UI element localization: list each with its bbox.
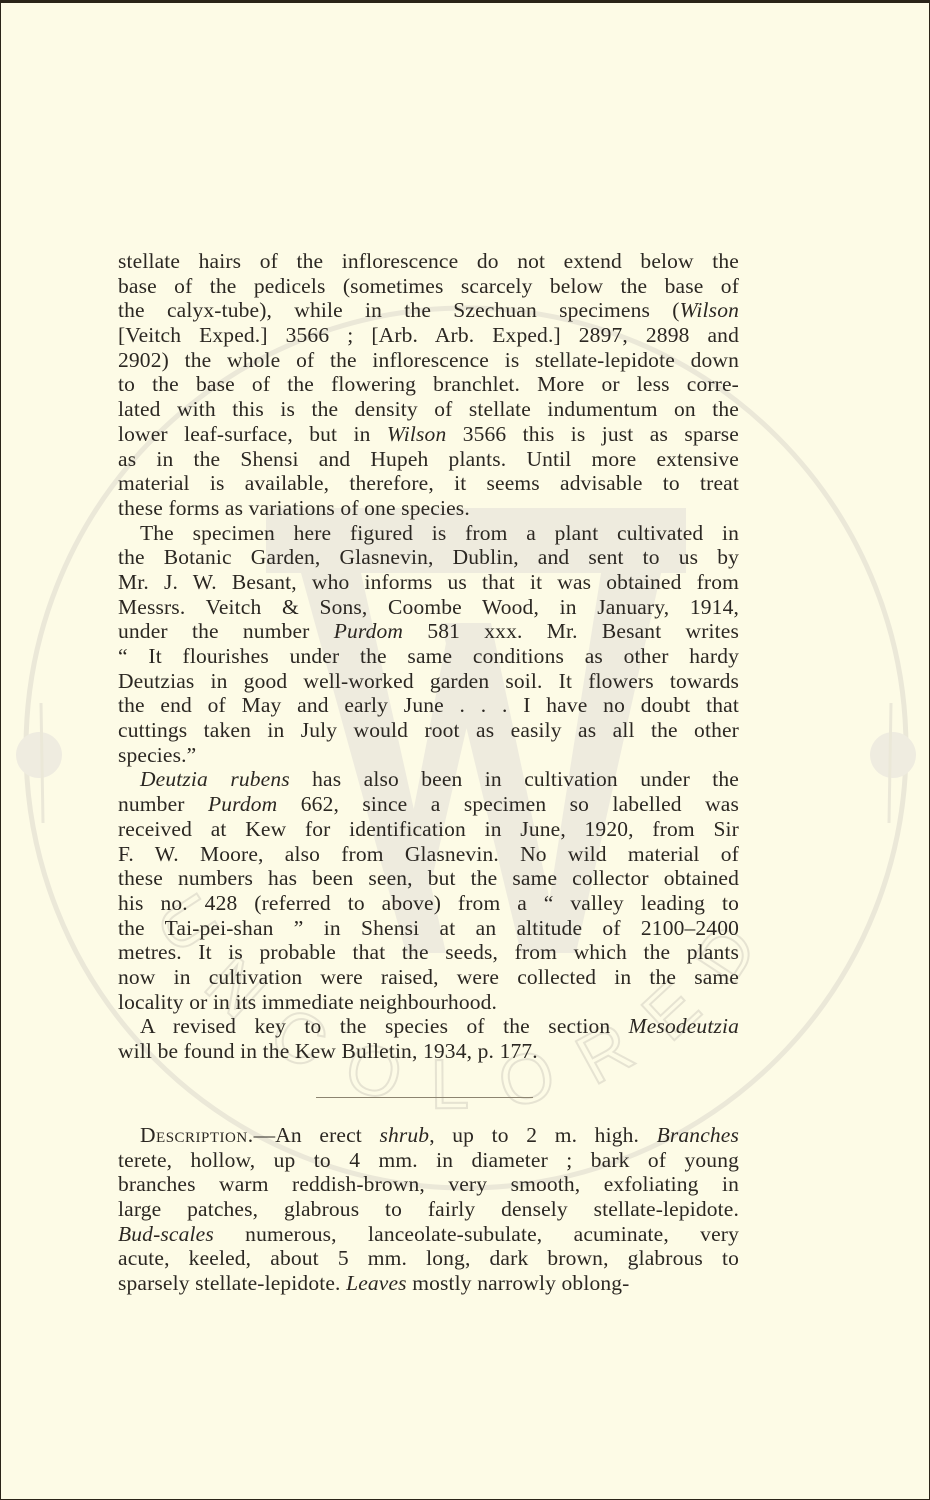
text-line: Messrs. Veitch & Sons, Coombe Wood, in J… [118, 595, 739, 620]
text-span: the end of May and early June . . . I ha… [118, 693, 739, 717]
text-line: under the number Purdom 581 xxx. Mr. Bes… [118, 619, 739, 644]
text-line: branches warm reddish-brown, very smooth… [118, 1172, 739, 1197]
text-span: 3566 this is just as sparse [446, 422, 739, 446]
text-line: lated with this is the density of stella… [118, 397, 739, 422]
text-span: —An erect [254, 1123, 380, 1147]
text-line: the Tai-pei-shan ” in Shensi at an altit… [118, 916, 739, 941]
text-line: acute, keeled, about 5 mm. long, dark br… [118, 1246, 739, 1271]
text-span: F. W. Moore, also from Glasnevin. No wil… [118, 842, 739, 866]
text-span: numerous, lanceolate-subulate, acuminate… [214, 1222, 739, 1246]
text-line: “ It flourishes under the same condition… [118, 644, 739, 669]
text-span: A revised key to the species of the sect… [140, 1014, 629, 1038]
text-line: 2902) the whole of the inflorescence is … [118, 348, 739, 373]
text-line: now in cultivation were raised, were col… [118, 965, 739, 990]
text-line: sparsely stellate-lepidote. Leaves mostl… [118, 1271, 739, 1296]
text-span: number [118, 792, 208, 816]
text-span: as in the Shensi and Hupeh plants. Until… [118, 447, 739, 471]
text-span: material is available, therefore, it see… [118, 471, 739, 495]
text-line: [Veitch Exped.] 3566 ; [Arb. Arb. Exped.… [118, 323, 739, 348]
italic-text: Deutzia rubens [140, 767, 290, 791]
paragraph: Deutzia rubens has also been in cultivat… [118, 767, 739, 1014]
italic-text: Purdom [334, 619, 403, 643]
text-line: as in the Shensi and Hupeh plants. Until… [118, 447, 739, 472]
text-span: metres. It is probable that the seeds, f… [118, 940, 739, 964]
text-line: to the base of the flowering branchlet. … [118, 372, 739, 397]
text-span: these forms as variations of one species… [118, 496, 470, 520]
italic-text: shrub [379, 1123, 429, 1147]
text-line: A revised key to the species of the sect… [118, 1014, 739, 1039]
text-span: acute, keeled, about 5 mm. long, dark br… [118, 1246, 739, 1270]
text-line: F. W. Moore, also from Glasnevin. No wil… [118, 842, 739, 867]
text-span: Messrs. Veitch & Sons, Coombe Wood, in J… [118, 595, 739, 619]
italic-text: Purdom [208, 792, 277, 816]
description-section: Description.—An erect shrub, up to 2 m. … [118, 1123, 739, 1296]
italic-text: Mesodeutzia [629, 1014, 739, 1038]
text-span: the Tai-pei-shan ” in Shensi at an altit… [118, 916, 739, 940]
text-span: under the number [118, 619, 334, 643]
text-line: received at Kew for identification in Ju… [118, 817, 739, 842]
text-span: , up to 2 m. high. [429, 1123, 656, 1147]
text-span: [Veitch Exped.] 3566 ; [Arb. Arb. Exped.… [118, 323, 739, 347]
text-line: number Purdom 662, since a specimen so l… [118, 792, 739, 817]
text-line: material is available, therefore, it see… [118, 471, 739, 496]
text-span: lated with this is the density of stella… [118, 397, 739, 421]
text-span: “ It flourishes under the same condition… [118, 644, 739, 668]
text-span: 662, since a specimen so labelled was [277, 792, 739, 816]
text-line: Mr. J. W. Besant, who informs us that it… [118, 570, 739, 595]
text-line: Deutzias in good well-worked garden soil… [118, 669, 739, 694]
text-line: metres. It is probable that the seeds, f… [118, 940, 739, 965]
text-line: cuttings taken in July would root as eas… [118, 718, 739, 743]
text-span: will be found in the Kew Bulletin, 1934,… [118, 1039, 538, 1063]
text-span: sparsely stellate-lepidote. [118, 1271, 346, 1295]
text-span: stellate hairs of the inflorescence do n… [118, 249, 739, 273]
text-line: terete, hollow, up to 4 mm. in diameter … [118, 1148, 739, 1173]
text-span: branches warm reddish-brown, very smooth… [118, 1172, 739, 1196]
text-span: has also been in cultivation under the [290, 767, 739, 791]
section-divider [316, 1097, 533, 1098]
text-line: base of the pedicels (sometimes scarcely… [118, 274, 739, 299]
text-line: these forms as variations of one species… [118, 496, 739, 521]
text-line: Deutzia rubens has also been in cultivat… [118, 767, 739, 792]
text-span: now in cultivation were raised, were col… [118, 965, 739, 989]
text-span: large patches, glabrous to fairly densel… [118, 1197, 739, 1221]
text-line: the Botanic Garden, Glasnevin, Dublin, a… [118, 545, 739, 570]
text-line: locality or in its immediate neighbourho… [118, 990, 739, 1015]
paragraph: stellate hairs of the inflorescence do n… [118, 249, 739, 521]
italic-text: Branches [657, 1123, 739, 1147]
text-span: these numbers has been seen, but the sam… [118, 866, 739, 890]
text-line: his no. 428 (referred to above) from a “… [118, 891, 739, 916]
text-span: Deutzias in good well-worked garden soil… [118, 669, 739, 693]
italic-text: Bud-scales [118, 1222, 214, 1246]
text-span: his no. 428 (referred to above) from a “… [118, 891, 739, 915]
text-line: will be found in the Kew Bulletin, 1934,… [118, 1039, 739, 1064]
italic-text: Wilson [680, 298, 739, 322]
body-text: stellate hairs of the inflorescence do n… [118, 249, 739, 1064]
text-span: lower leaf-surface, but in [118, 422, 387, 446]
text-span: cuttings taken in July would root as eas… [118, 718, 739, 742]
italic-text: Leaves [346, 1271, 407, 1295]
text-line: lower leaf-surface, but in Wilson 3566 t… [118, 422, 739, 447]
paragraph: A revised key to the species of the sect… [118, 1014, 739, 1063]
paragraph: The specimen here figured is from a plan… [118, 521, 739, 768]
text-line: The specimen here figured is from a plan… [118, 521, 739, 546]
text-span: 581 xxx. Mr. Besant writes [403, 619, 739, 643]
text-span: 2902) the whole of the inflorescence is … [118, 348, 739, 372]
text-line: Bud-scales numerous, lanceolate-subulate… [118, 1222, 739, 1247]
text-span: base of the pedicels (sometimes scarcely… [118, 274, 739, 298]
text-line: stellate hairs of the inflorescence do n… [118, 249, 739, 274]
text-line: Description.—An erect shrub, up to 2 m. … [118, 1123, 739, 1148]
document-page: UNCOLORED stellate hairs of the inflores… [1, 3, 929, 1499]
text-span: to the base of the flowering branchlet. … [118, 372, 739, 396]
italic-text: Wilson [387, 422, 446, 446]
text-span: the Botanic Garden, Glasnevin, Dublin, a… [118, 545, 739, 569]
text-line: large patches, glabrous to fairly densel… [118, 1197, 739, 1222]
text-span: the calyx-tube), while in the Szechuan s… [118, 298, 680, 322]
small-caps-text: Description. [140, 1123, 254, 1147]
text-span: The specimen here figured is from a plan… [140, 521, 739, 545]
text-line: the end of May and early June . . . I ha… [118, 693, 739, 718]
text-span: locality or in its immediate neighbourho… [118, 990, 497, 1014]
text-span: terete, hollow, up to 4 mm. in diameter … [118, 1148, 739, 1172]
text-line: the calyx-tube), while in the Szechuan s… [118, 298, 739, 323]
text-span: received at Kew for identification in Ju… [118, 817, 739, 841]
text-span: Mr. J. W. Besant, who informs us that it… [118, 570, 739, 594]
text-span: species.” [118, 743, 196, 767]
text-span: mostly narrowly oblong- [407, 1271, 630, 1295]
text-line: species.” [118, 743, 739, 768]
text-line: these numbers has been seen, but the sam… [118, 866, 739, 891]
